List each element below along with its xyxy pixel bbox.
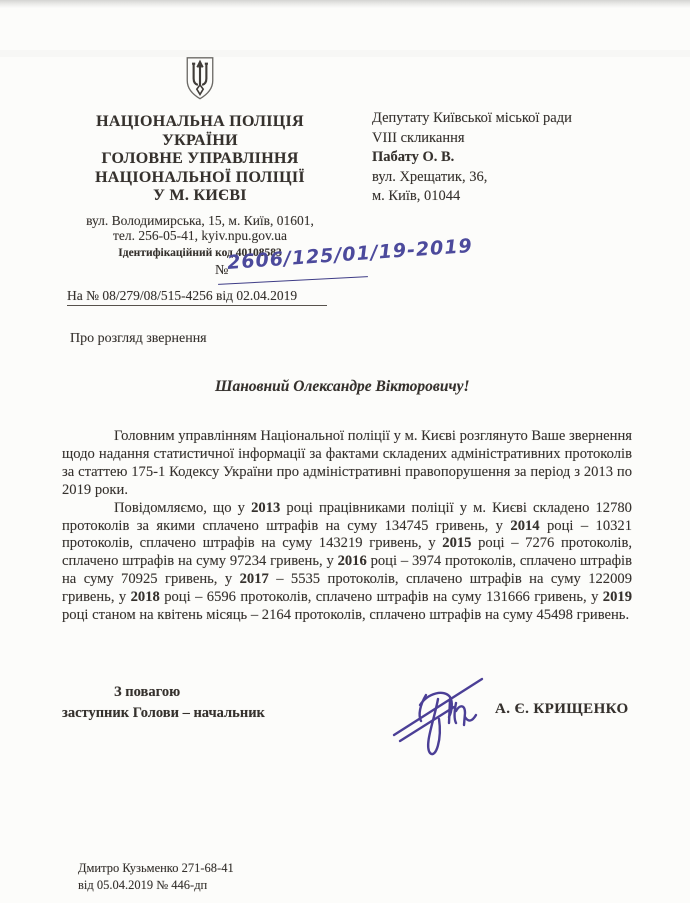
org-street-line: вул. Володимирська, 15, м. Київ, 01601, xyxy=(55,213,345,229)
registration-line: від 05.04.2019 № 446-дп xyxy=(78,877,234,894)
org-name-line: У М. КИЄВІ xyxy=(55,187,345,206)
signoff-block: З повагою заступник Голови – начальник А… xyxy=(62,684,632,804)
letterhead: НАЦІОНАЛЬНА ПОЛІЦІЯ УКРАЇНИ ГОЛОВНЕ УПРА… xyxy=(55,56,345,306)
handwritten-signature-icon xyxy=(390,668,490,765)
salutation-line: Шановний Олександре Вікторовичу! xyxy=(215,378,470,396)
org-name-line: НАЦІОНАЛЬНА ПОЛІЦІЯ xyxy=(55,113,345,132)
org-name-line: НАЦІОНАЛЬНОЇ ПОЛІЦІЇ xyxy=(55,169,345,188)
body-paragraph-1: Головним управлінням Національної поліці… xyxy=(62,428,632,500)
footer-block: Дмитро Кузьменко 271-68-41 від 05.04.201… xyxy=(78,860,234,894)
recipient-convocation-line: VIII скликання xyxy=(372,129,572,149)
letter-body: Головним управлінням Національної поліці… xyxy=(62,428,632,625)
document-number-underline xyxy=(218,276,368,285)
subject-line: Про розгляд звернення xyxy=(70,331,207,347)
recipient-role-line: Депутату Київської міської ради xyxy=(372,109,572,129)
org-name-line: УКРАЇНИ xyxy=(55,132,345,151)
executor-line: Дмитро Кузьменко 271-68-41 xyxy=(78,860,234,877)
closing-line: З повагою xyxy=(114,684,632,701)
recipient-address-line: вул. Хрещатик, 36, xyxy=(372,168,572,188)
scan-edge-artifact xyxy=(0,0,690,8)
ukraine-trident-emblem-icon xyxy=(55,56,345,106)
org-address: вул. Володимирська, 15, м. Київ, 01601, … xyxy=(55,213,345,244)
document-number-label: № xyxy=(215,263,228,279)
document-number-row: № 2606/125/01/19-2019 xyxy=(55,259,345,285)
recipient-address-line: м. Київ, 01044 xyxy=(372,187,572,207)
body-paragraph-2: Повідомляємо, що у 2013 році працівникам… xyxy=(62,500,632,625)
org-name-line: ГОЛОВНЕ УПРАВЛІННЯ xyxy=(55,150,345,169)
org-name: НАЦІОНАЛЬНА ПОЛІЦІЯ УКРАЇНИ ГОЛОВНЕ УПРА… xyxy=(55,113,345,206)
reference-number-line: На № 08/279/08/515-4256 від 02.04.2019 xyxy=(67,288,327,306)
scanned-letter-page: НАЦІОНАЛЬНА ПОЛІЦІЯ УКРАЇНИ ГОЛОВНЕ УПРА… xyxy=(0,0,690,903)
reference-number-row: На № 08/279/08/515-4256 від 02.04.2019 xyxy=(67,287,345,306)
recipient-name: Пабату О. В. xyxy=(372,148,572,168)
signatory-name: А. Є. КРИЩЕНКО xyxy=(495,701,629,718)
org-contact-line: тел. 256-05-41, kyiv.npu.gov.ua xyxy=(55,228,345,244)
recipient-block: Депутату Київської міської ради VIII скл… xyxy=(372,109,572,207)
